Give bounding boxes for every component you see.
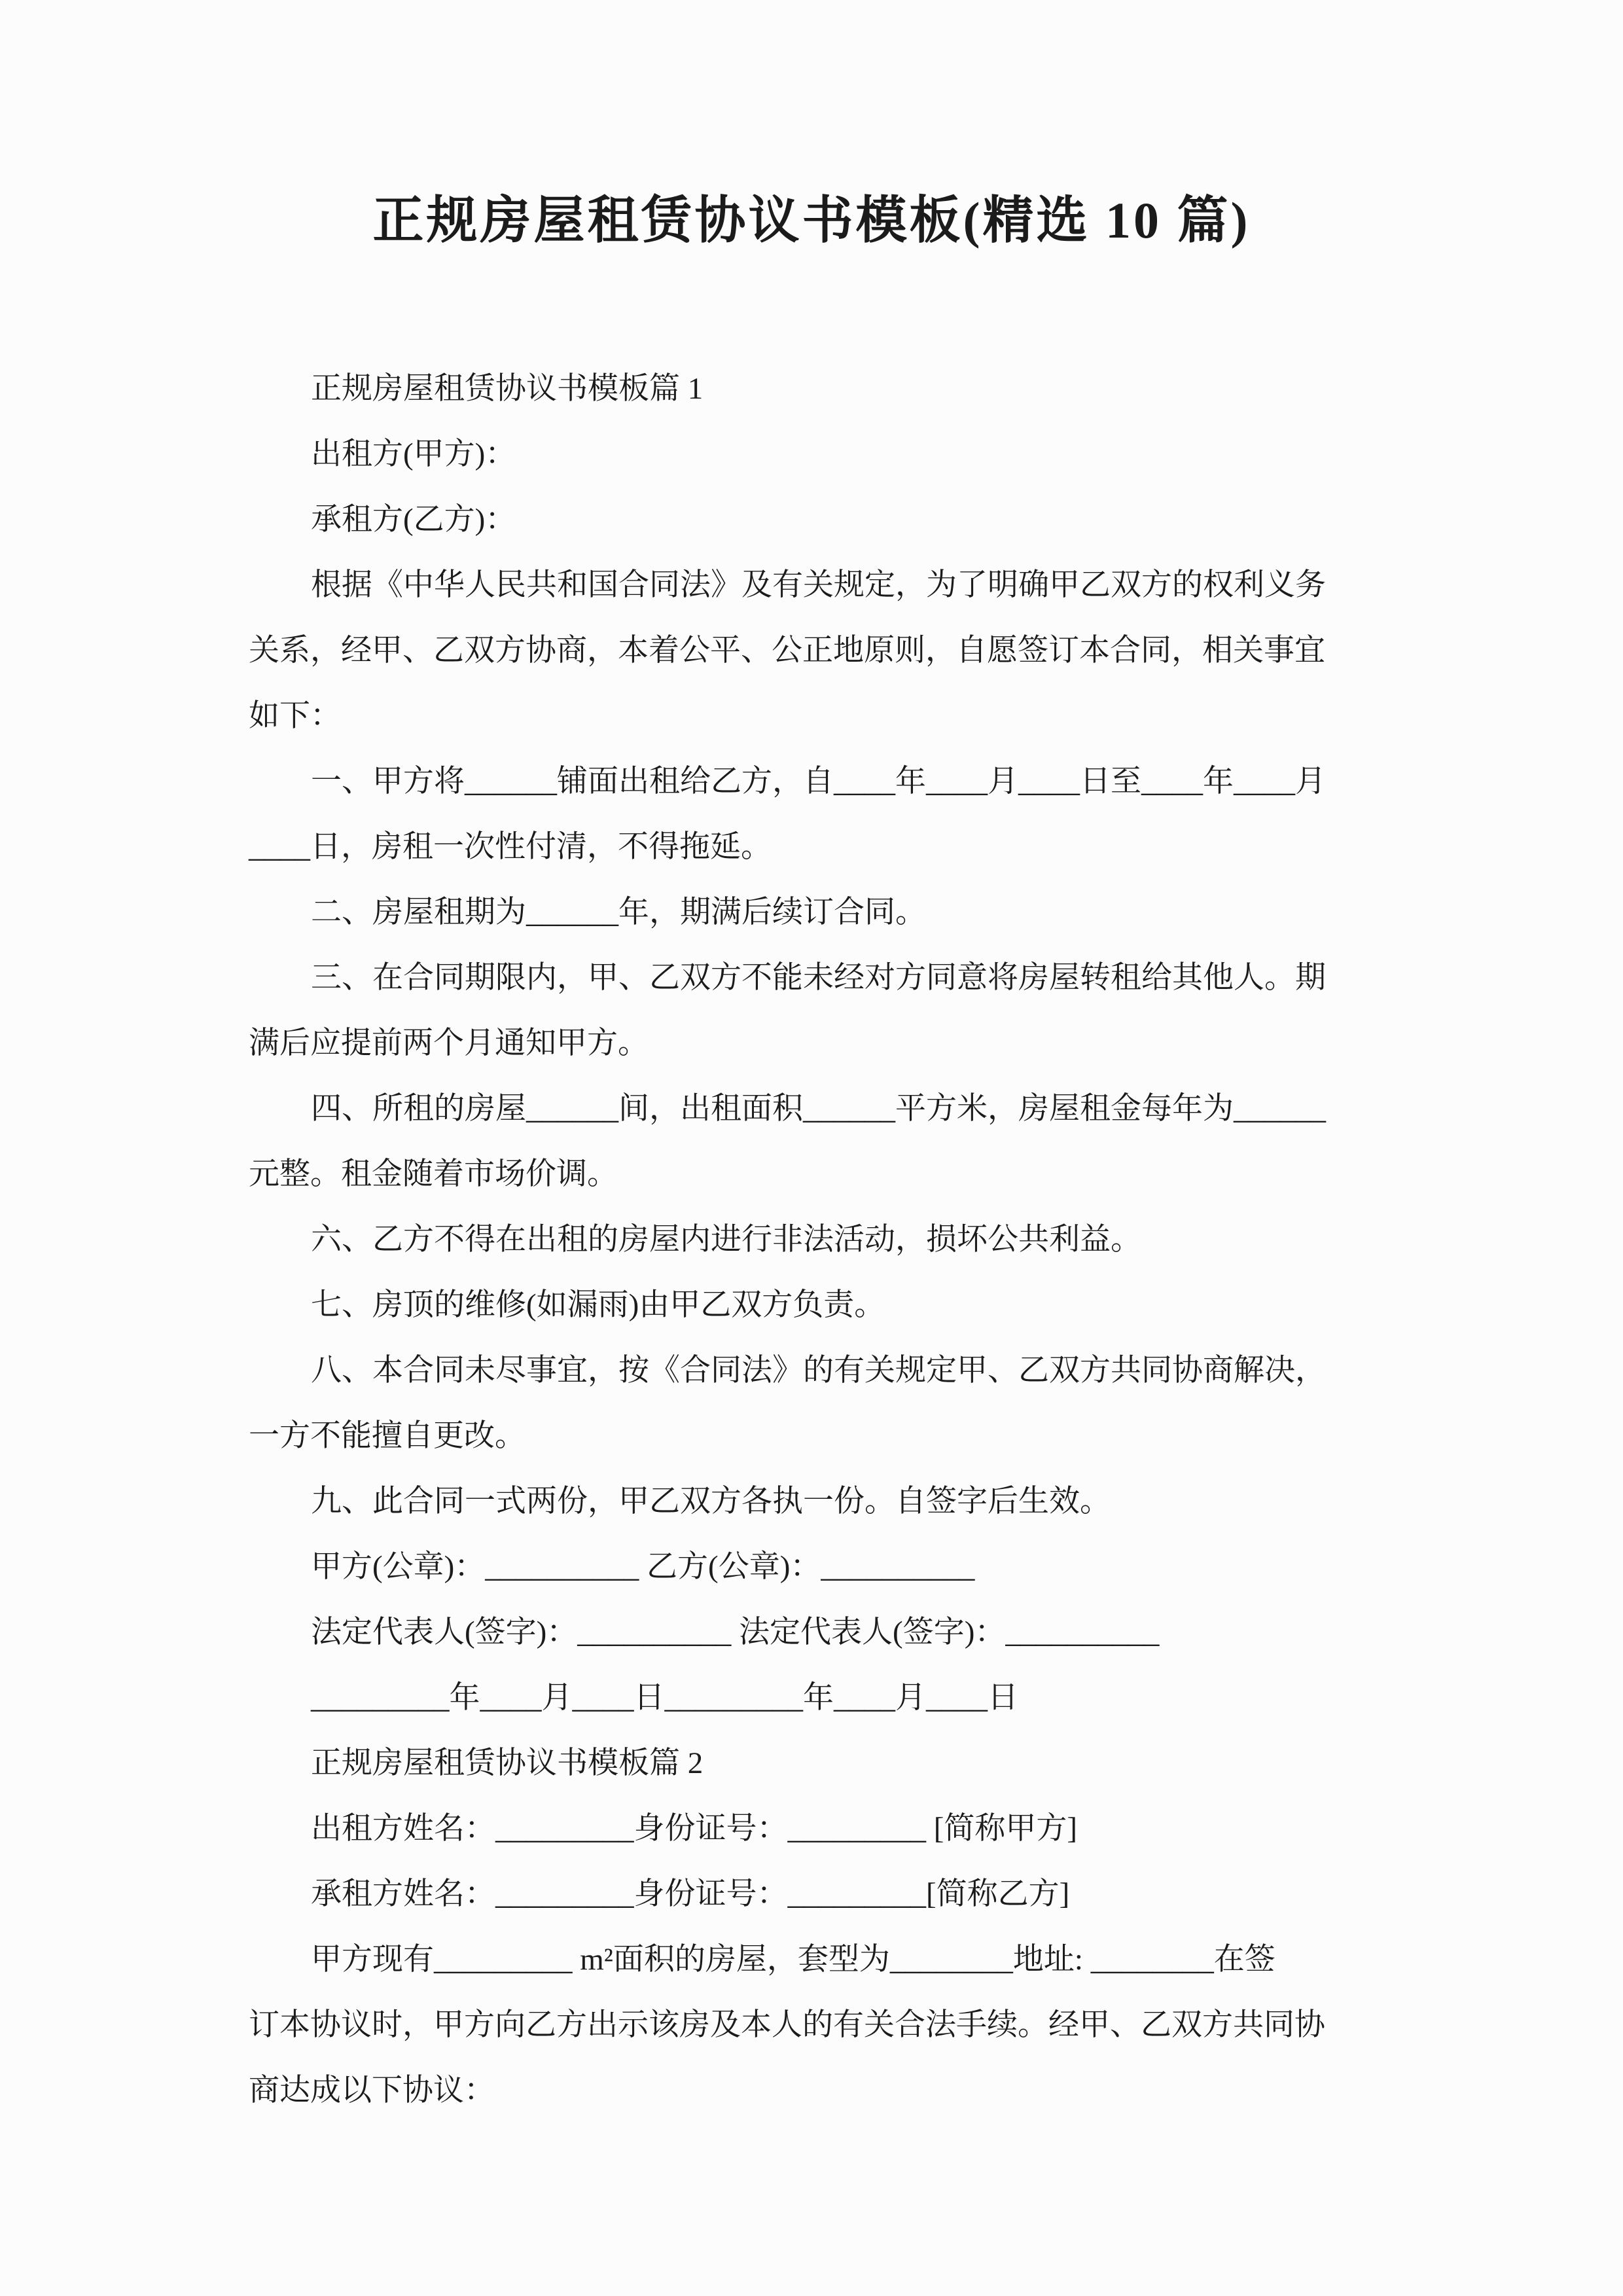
- body-line-lessor-name: 出租方姓名：_________身份证号：_________ [简称甲方]: [249, 1796, 1381, 1861]
- body-line-clause-4: 四、所租的房屋______间，出租面积______平方米，房屋租金每年为____…: [249, 1076, 1381, 1141]
- body-line-section1-heading: 正规房屋租赁协议书模板篇 1: [249, 356, 1381, 422]
- body-line-clause-1: 一、甲方将______铺面出租给乙方，自____年____月____日至____…: [249, 749, 1381, 814]
- body-line: ____日，房租一次性付清，不得拖延。: [249, 814, 1381, 880]
- body-line-lessor-label: 出租方(甲方)：: [249, 422, 1381, 487]
- body-line-seal-signature: 甲方(公章)：__________ 乙方(公章)：__________: [249, 1534, 1381, 1600]
- body-line: 根据《中华人民共和国合同法》及有关规定，为了明确甲乙双方的权利义务: [249, 552, 1381, 618]
- body-line-representative-signature: 法定代表人(签字)：__________ 法定代表人(签字)：_________…: [249, 1600, 1381, 1665]
- body-line: 关系，经甲、乙双方协商，本着公平、公正地原则，自愿签订本合同，相关事宜: [249, 618, 1381, 683]
- body-line-date-blanks: _________年____月____日_________年____月____日: [249, 1665, 1381, 1731]
- body-line-clause-3: 三、在合同期限内，甲、乙双方不能未经对方同意将房屋转租给其他人。期: [249, 945, 1381, 1011]
- body-line-clause-7: 七、房顶的维修(如漏雨)由甲乙双方负责。: [249, 1272, 1381, 1338]
- body-line: 元整。租金随着市场价调。: [249, 1141, 1381, 1207]
- body-line-clause-8: 八、本合同未尽事宜，按《合同法》的有关规定甲、乙双方共同协商解决，: [249, 1338, 1381, 1403]
- body-line: 一方不能擅自更改。: [249, 1403, 1381, 1469]
- document-title: 正规房屋租赁协议书模板(精选 10 篇): [0, 0, 1623, 257]
- body-line: 商达成以下协议：: [249, 2058, 1381, 2123]
- body-line: 如下：: [249, 683, 1381, 749]
- body-line: 订本协议时，甲方向乙方出示该房及本人的有关合法手续。经甲、乙双方共同协: [249, 1992, 1381, 2058]
- body-line-section2-heading: 正规房屋租赁协议书模板篇 2: [249, 1731, 1381, 1796]
- body-line-property-info: 甲方现有_________ m²面积的房屋，套型为________地址: ___…: [249, 1927, 1381, 1992]
- body-line-clause-9: 九、此合同一式两份，甲乙双方各执一份。自签字后生效。: [249, 1469, 1381, 1534]
- body-line-lessee-name: 承租方姓名：_________身份证号：_________[简称乙方]: [249, 1861, 1381, 1927]
- document-body: 正规房屋租赁协议书模板篇 1 出租方(甲方)： 承租方(乙方)： 根据《中华人民…: [249, 356, 1381, 2123]
- body-line-lessee-label: 承租方(乙方)：: [249, 487, 1381, 552]
- body-line: 满后应提前两个月通知甲方。: [249, 1011, 1381, 1076]
- body-line-clause-6: 六、乙方不得在出租的房屋内进行非法活动，损坏公共利益。: [249, 1207, 1381, 1272]
- body-line-clause-2: 二、房屋租期为______年，期满后续订合同。: [249, 880, 1381, 945]
- document-page: 正规房屋租赁协议书模板(精选 10 篇) 正规房屋租赁协议书模板篇 1 出租方(…: [0, 0, 1623, 2296]
